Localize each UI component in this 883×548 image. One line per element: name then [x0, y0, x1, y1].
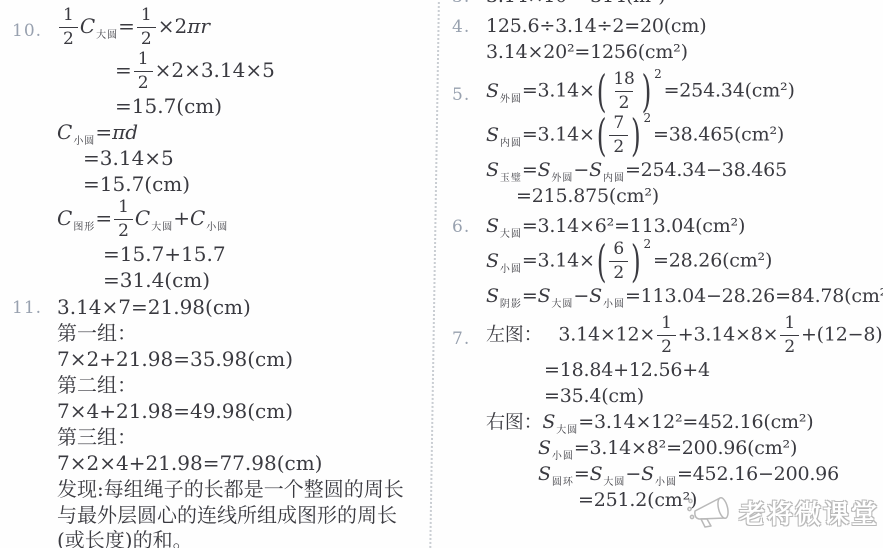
math-text: =251.2(cm²)	[578, 489, 697, 511]
problem-10: 10.12C大圆=12×2πr=12×2×3.14×5=15.7(cm)C小圆=…	[12, 6, 436, 293]
term-base: S	[486, 250, 499, 272]
term-subscript: 小圆	[552, 451, 574, 462]
problem-number: 11.	[12, 298, 42, 318]
math-text: =3.14×	[522, 250, 595, 272]
math-line: S外圆=3.14×(182)2=254.34(cm²)	[486, 70, 882, 113]
watermark: 老将微课堂	[686, 490, 879, 534]
term-base: S	[538, 463, 551, 485]
math-line: S小圆=3.14×(62)2=28.26(cm²)	[486, 240, 882, 283]
math-text: 第一组：	[57, 321, 137, 345]
math-text: =215.875(cm²)	[516, 185, 659, 207]
math-text: =3.14×	[522, 124, 595, 146]
subscripted-term: S内圆	[589, 159, 625, 181]
term-base: S	[538, 285, 551, 307]
denominator: 2	[609, 135, 628, 157]
term-base: S	[486, 124, 499, 146]
term-base: S	[641, 463, 654, 485]
term-subscript: 内圆	[603, 173, 625, 184]
subscripted-term: S玉璧	[486, 159, 522, 181]
left-column: 10.12C大圆=12×2πr=12×2×3.14×5=15.7(cm)C小圆=…	[12, 6, 436, 548]
math-text: =15.7+15.7	[103, 242, 226, 266]
problem-3: 3.3.14×10²=314(m²)	[452, 0, 882, 9]
term-subscript: 外圆	[500, 94, 522, 105]
denominator: 2	[59, 27, 78, 49]
math-line: 12C大圆=12×2πr	[57, 6, 436, 49]
subscripted-term: S阴影	[486, 285, 522, 307]
term-subscript: 大圆	[500, 229, 522, 240]
subscripted-term: S内圆	[486, 124, 522, 146]
problem-11: 11.3.14×7=21.98(cm)第一组：7×2+21.98=35.98(c…	[12, 295, 436, 548]
subscripted-term: S小圆	[486, 250, 522, 272]
math-text: 3.14×7=21.98(cm)	[57, 295, 251, 319]
math-text: 右图：	[486, 411, 542, 433]
math-line: S玉璧=S外圆−S内圆=254.34−38.465	[486, 158, 882, 183]
math-text: 125.6÷3.14÷2=20(cm)	[486, 15, 706, 37]
term-subscript: 小圆	[655, 477, 677, 488]
denominator: 2	[780, 335, 799, 357]
subscripted-term: C图形	[57, 206, 95, 230]
math-line: =215.875(cm²)	[516, 184, 882, 209]
fraction: 72	[609, 114, 628, 157]
problem-number: 3.	[452, 0, 470, 7]
problem-number: 6.	[452, 217, 470, 237]
denominator: 2	[137, 27, 156, 49]
math-line: =15.7+15.7	[103, 242, 436, 267]
problem-number: 10.	[12, 21, 42, 41]
math-line: =35.4(cm)	[544, 384, 882, 409]
math-line: 右图：S大圆=3.14×12²=452.16(cm²)	[486, 410, 882, 435]
math-text: −	[573, 159, 589, 181]
term-base: S	[589, 159, 602, 181]
math-text: +3.14×8×	[678, 324, 779, 346]
right-paren: )	[630, 240, 642, 284]
math-line: S圆环=S大圆−S小圆=452.16−200.96	[538, 462, 882, 487]
problem-4: 4.125.6÷3.14÷2=20(cm)3.14×20²=1256(cm²)	[452, 14, 882, 65]
term-subscript: 图形	[73, 222, 95, 233]
term-subscript: 外圆	[551, 173, 573, 184]
term-base: C	[190, 206, 205, 230]
math-line: =15.7(cm)	[83, 172, 436, 197]
left-paren: (	[596, 114, 608, 158]
math-line: =3.14×5	[83, 146, 436, 171]
math-text: 第二组：	[57, 373, 137, 397]
subscripted-term: S大圆	[486, 215, 522, 237]
subscripted-term: C大圆	[135, 206, 173, 230]
math-text: =28.26(cm²)	[653, 250, 772, 272]
math-line: =15.7(cm)	[115, 94, 436, 119]
term-base: S	[486, 285, 499, 307]
math-text: =	[115, 58, 132, 82]
fraction: 182	[609, 70, 638, 113]
denominator: 2	[609, 261, 628, 283]
term-subscript: 小圆	[206, 222, 228, 233]
math-text: 7×2+21.98=35.98(cm)	[57, 347, 293, 371]
right-paren: )	[641, 70, 653, 114]
term-subscript: 圆环	[552, 477, 574, 488]
fraction: 12	[137, 6, 156, 49]
math-variable: πd	[112, 120, 138, 144]
numerator: 1	[137, 6, 156, 27]
math-text: =452.16−200.96	[677, 463, 839, 485]
numerator: 1	[134, 50, 153, 71]
subscripted-term: S小圆	[589, 285, 625, 307]
math-text: 3.14×20²=1256(cm²)	[486, 41, 688, 63]
subscripted-term: S大圆	[590, 463, 626, 485]
subscripted-term: S大圆	[538, 285, 574, 307]
answer-sheet-page: 10.12C大圆=12×2πr=12×2×3.14×5=15.7(cm)C小圆=…	[0, 0, 883, 548]
subscripted-term: C小圆	[57, 120, 95, 144]
math-line: S小圆=3.14×8²=200.96(cm²)	[538, 436, 882, 461]
math-text: =	[95, 120, 112, 144]
math-text: +(12−8)	[801, 324, 883, 346]
subscripted-term: C小圆	[190, 206, 228, 230]
fraction: 12	[114, 198, 133, 241]
term-subscript: 大圆	[551, 299, 573, 310]
fraction: 12	[59, 6, 78, 49]
parenthesized-fraction: (62)2	[596, 240, 652, 283]
term-base: S	[538, 437, 551, 459]
problem-number: 4.	[452, 17, 470, 37]
math-line: 左图：3.14×12×12+3.14×8×12+(12−8)	[486, 314, 882, 357]
math-line: S内圆=3.14×(72)2=38.465(cm²)	[486, 114, 882, 157]
term-subscript: 大圆	[603, 477, 625, 488]
math-text: 3.14×12×	[558, 324, 655, 346]
subscripted-term: C大圆	[80, 14, 118, 38]
math-text: =113.04−28.26=84.78(cm²)	[625, 285, 883, 307]
math-line: 3.14×10²=314(m²)	[486, 0, 882, 9]
term-base: S	[486, 215, 499, 237]
term-base: S	[486, 80, 499, 102]
math-text: −	[625, 463, 641, 485]
math-text: 左图：	[486, 324, 542, 346]
math-line: =18.84+12.56+4	[544, 358, 882, 383]
term-subscript: 大圆	[556, 425, 578, 436]
math-text: 第三组：	[57, 425, 137, 449]
math-text: =	[574, 463, 590, 485]
subscripted-term: S外圆	[538, 159, 574, 181]
term-subscript: 玉璧	[500, 173, 522, 184]
denominator: 2	[114, 219, 133, 241]
right-paren: )	[630, 114, 642, 158]
math-line: 3.14×7=21.98(cm)	[57, 295, 436, 320]
watermark-label: 老将微课堂	[739, 494, 879, 531]
numerator: 1	[657, 314, 676, 335]
math-line: C图形=12C大圆+C小圆	[57, 198, 436, 241]
term-subscript: 小圆	[603, 299, 625, 310]
term-subscript: 小圆	[500, 264, 522, 275]
numerator: 1	[114, 198, 133, 219]
term-subscript: 内圆	[500, 138, 522, 149]
subscripted-term: S小圆	[538, 437, 574, 459]
term-base: C	[80, 14, 95, 38]
math-line: 第二组：	[57, 373, 436, 398]
term-subscript: 阴影	[500, 299, 522, 310]
math-text: =3.14×6²=113.04(cm²)	[522, 215, 745, 237]
right-column: 3.3.14×10²=314(m²)4.125.6÷3.14÷2=20(cm)3…	[452, 0, 882, 518]
megaphone-icon	[686, 490, 738, 534]
problem-5: 5.S外圆=3.14×(182)2=254.34(cm²)S内圆=3.14×(7…	[452, 70, 882, 209]
denominator: 2	[657, 335, 676, 357]
math-line: 7×2×4+21.98=77.98(cm)	[57, 451, 436, 476]
math-text: 7×4+21.98=49.98(cm)	[57, 399, 293, 423]
fraction: 12	[780, 314, 799, 357]
term-base: S	[538, 159, 551, 181]
fraction: 62	[609, 240, 628, 283]
math-line: 3.14×20²=1256(cm²)	[486, 40, 882, 65]
math-line: 125.6÷3.14÷2=20(cm)	[486, 14, 882, 39]
subscripted-term: S圆环	[538, 463, 574, 485]
numerator: 18	[609, 70, 638, 91]
math-text: =38.465(cm²)	[653, 124, 784, 146]
fraction: 12	[134, 50, 153, 93]
term-base: S	[486, 159, 499, 181]
problem-6: 6.S大圆=3.14×6²=113.04(cm²)S小圆=3.14×(62)2=…	[452, 214, 882, 309]
math-text: =254.34−38.465	[625, 159, 787, 181]
math-line: 7×2+21.98=35.98(cm)	[57, 347, 436, 372]
math-text: =3.14×8²=200.96(cm²)	[574, 437, 797, 459]
math-line: C小圆=πd	[57, 120, 436, 145]
denominator: 2	[134, 71, 153, 93]
left-paren: (	[596, 70, 608, 114]
term-subscript: 大圆	[151, 222, 173, 233]
math-text: =	[522, 159, 538, 181]
math-text: =35.4(cm)	[544, 385, 644, 407]
math-line: =31.4(cm)	[103, 268, 436, 293]
numerator: 7	[609, 114, 628, 135]
math-variable: πr	[187, 14, 210, 38]
math-text: −	[573, 285, 589, 307]
math-text: 3.14×10²=314(m²)	[486, 0, 665, 7]
math-text: ×2×3.14×5	[155, 58, 275, 82]
left-paren: (	[596, 240, 608, 284]
math-text: 7×2×4+21.98=77.98(cm)	[57, 451, 323, 475]
fraction: 12	[657, 314, 676, 357]
math-text: +	[173, 206, 190, 230]
term-base: C	[57, 206, 72, 230]
term-base: S	[589, 285, 602, 307]
math-text: =	[522, 285, 538, 307]
parenthesized-fraction: (72)2	[596, 114, 652, 157]
term-base: S	[590, 463, 603, 485]
math-line: 7×4+21.98=49.98(cm)	[57, 399, 436, 424]
term-base: S	[542, 411, 555, 433]
math-text: =15.7(cm)	[83, 172, 190, 196]
parenthesized-fraction: (182)2	[596, 70, 663, 113]
numerator: 6	[609, 240, 628, 261]
problem-number: 7.	[452, 329, 470, 349]
math-line: 发现:每组绳子的长都是一个整圆的周长与最外层圆心的连线所组成图形的周长(或长度)…	[57, 477, 419, 548]
math-line: S阴影=S大圆−S小圆=113.04−28.26=84.78(cm²)	[486, 284, 882, 309]
math-text: =3.14×12²=452.16(cm²)	[578, 411, 813, 433]
math-text: 发现:每组绳子的长都是一个整圆的周长与最外层圆心的连线所组成图形的周长(或长度)…	[57, 477, 404, 548]
numerator: 1	[780, 314, 799, 335]
math-line: 第一组：	[57, 321, 436, 346]
math-text: =31.4(cm)	[103, 268, 210, 292]
math-text: =	[118, 14, 135, 38]
subscripted-term: S小圆	[641, 463, 677, 485]
math-text: ×2	[158, 14, 187, 38]
numerator: 1	[59, 6, 78, 27]
math-line: 第三组：	[57, 425, 436, 450]
math-text: =254.34(cm²)	[664, 80, 795, 102]
exponent: 2	[644, 238, 651, 250]
math-text: =15.7(cm)	[115, 94, 222, 118]
math-text: =3.14×	[522, 80, 595, 102]
problem-7: 7.左图：3.14×12×12+3.14×8×12+(12−8)=18.84+1…	[452, 314, 882, 513]
problem-number: 5.	[452, 85, 470, 105]
math-line: =12×2×3.14×5	[115, 50, 436, 93]
subscripted-term: S大圆	[542, 411, 578, 433]
term-subscript: 大圆	[96, 30, 118, 41]
math-text: =18.84+12.56+4	[544, 359, 710, 381]
term-base: C	[135, 206, 150, 230]
term-base: C	[57, 120, 72, 144]
math-text: =3.14×5	[83, 146, 174, 170]
subscripted-term: S外圆	[486, 80, 522, 102]
math-text: =	[95, 206, 112, 230]
math-line: S大圆=3.14×6²=113.04(cm²)	[486, 214, 882, 239]
exponent: 2	[654, 68, 661, 80]
